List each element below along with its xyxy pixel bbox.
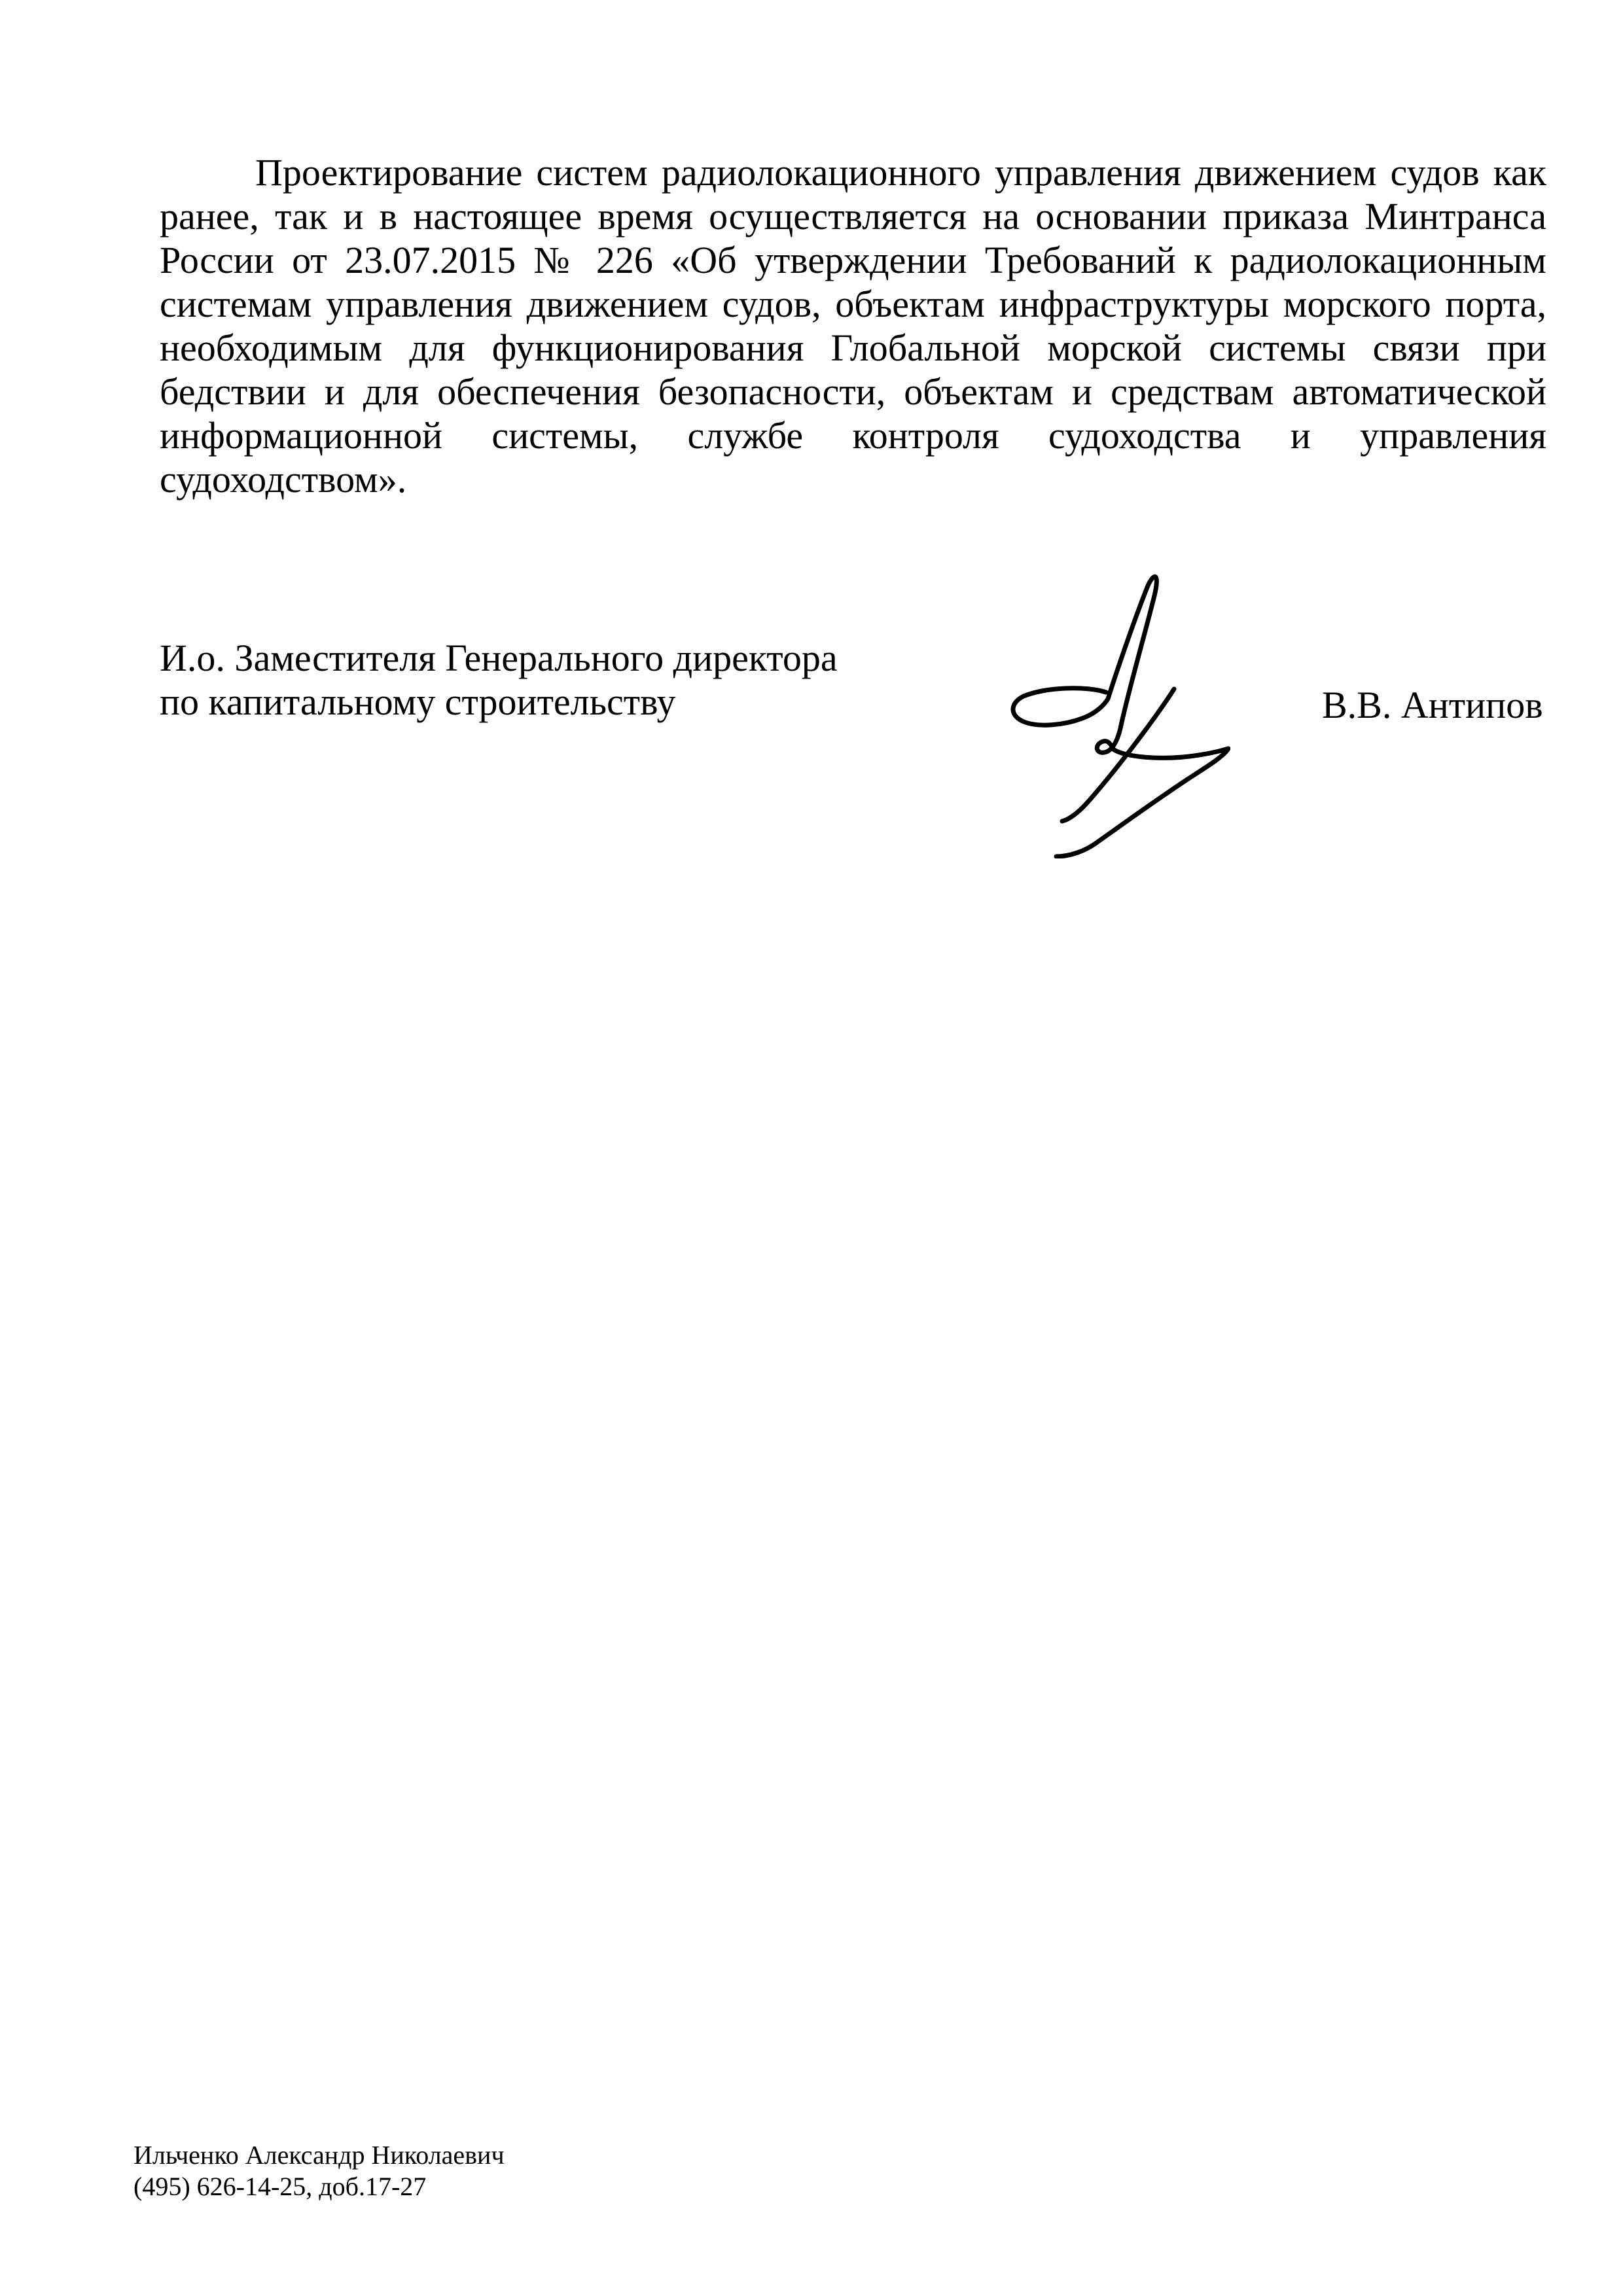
paragraph-line: судоходством».	[160, 457, 1546, 501]
signatory-title-line-2: по капитальному строительству	[160, 680, 945, 724]
handwritten-signature-icon	[1008, 571, 1230, 858]
paragraph-line: Проектирование систем радиолокационного …	[160, 150, 1546, 194]
contact-phone: (495) 626-14-25, доб.17-27	[134, 2171, 505, 2202]
paragraph-line: ранее, так и в настоящее время осуществл…	[160, 194, 1546, 238]
scanned-letter-page: Проектирование систем радиолокационного …	[0, 0, 1623, 2296]
signee-name: В.В. Антипов	[1322, 683, 1543, 727]
paragraph-line: системам управления движением судов, объ…	[160, 282, 1546, 326]
paragraph-line: необходимым для функционирования Глобаль…	[160, 326, 1546, 370]
signatory-title: И.о. Заместителя Генерального директора …	[160, 636, 945, 724]
body-paragraph: Проектирование систем радиолокационного …	[160, 150, 1546, 501]
paragraph-line: бедствии и для обеспечения безопасности,…	[160, 370, 1546, 414]
executor-contact-block: Ильченко Александр Николаевич (495) 626-…	[134, 2140, 505, 2202]
paragraph-line: информационной системы, службе контроля …	[160, 414, 1546, 457]
paragraph-line: России от 23.07.2015 № 226 «Об утвержден…	[160, 238, 1546, 282]
signatory-title-line-1: И.о. Заместителя Генерального директора	[160, 636, 945, 680]
signature-main-stroke	[1013, 576, 1228, 857]
contact-name: Ильченко Александр Николаевич	[134, 2140, 505, 2171]
